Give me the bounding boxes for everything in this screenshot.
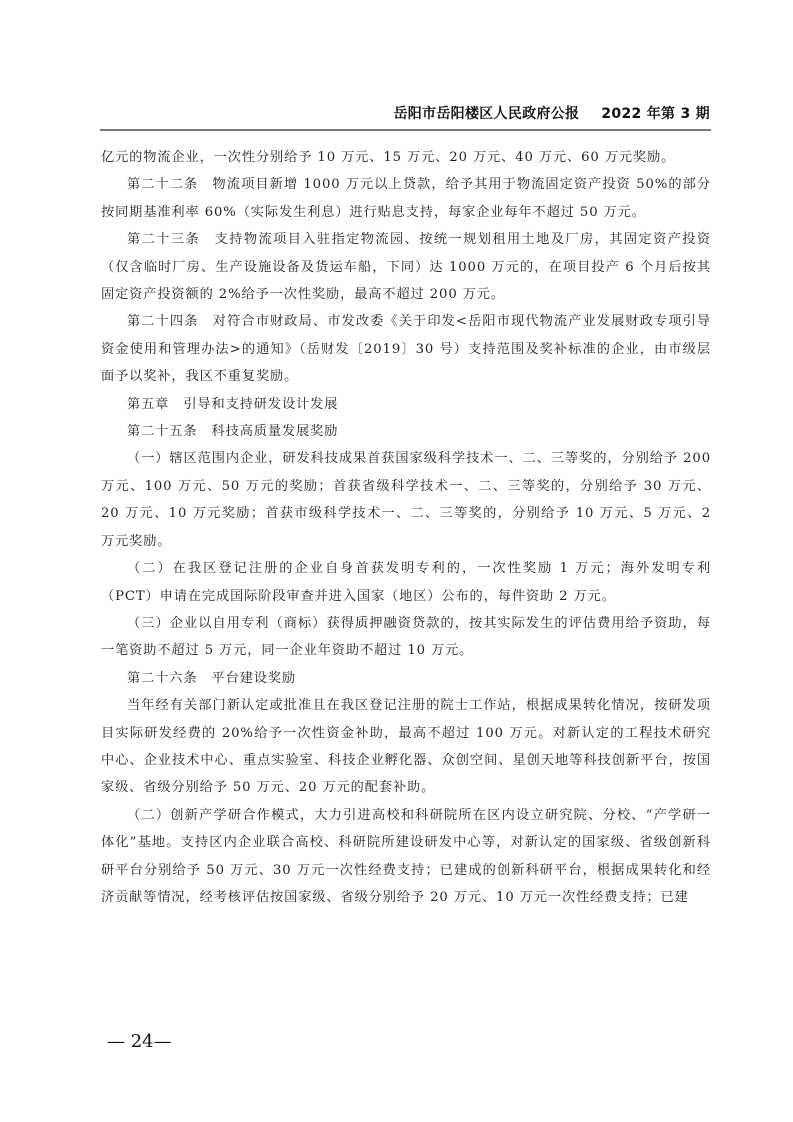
article-22: 第二十二条 物流项目新增 1000 万元以上贷款，给予其用于物流固定资产投资 5… [101,171,711,226]
article-24: 第二十四条 对符合市财政局、市发改委《关于印发<岳阳市现代物流产业发展财政专项引… [101,308,711,390]
article-25-item-2: （二）在我区登记注册的企业自身首获发明专利的，一次性奖励 1 万元；海外发明专利… [101,555,711,610]
article-26-item-1: 当年经有关部门新认定或批准且在我区登记注册的院士工作站，根据成果转化情况，按研发… [101,692,711,802]
issue-number: 2022 年第 3 期 [601,106,710,122]
page-number: — 24— [107,1031,172,1052]
page-header: 岳阳市岳阳楼区人民政府公报2022 年第 3 期 [100,103,710,127]
article-25-item-1: （一）辖区范围内企业，研发科技成果首获国家级科学技术一、二、三等奖的，分别给予 … [101,445,711,555]
article-26-item-2: （二）创新产学研合作模式，大力引进高校和科研院所在区内设立研究院、分校、“产学研… [101,802,711,912]
article-25-heading: 第二十五条 科技高质量发展奖励 [101,418,711,445]
article-23: 第二十三条 支持物流项目入驻指定物流园、按统一规划租用土地及厂房，其固定资产投资… [101,226,711,308]
document-body: 亿元的物流企业，一次性分别给予 10 万元、15 万元、20 万元、40 万元、… [101,144,711,911]
paragraph: 亿元的物流企业，一次性分别给予 10 万元、15 万元、20 万元、40 万元、… [101,144,711,171]
document-page: 岳阳市岳阳楼区人民政府公报2022 年第 3 期 亿元的物流企业，一次性分别给予… [0,0,793,1122]
article-26-heading: 第二十六条 平台建设奖励 [101,665,711,692]
article-25-item-3: （三）企业以自用专利（商标）获得质押融资贷款的，按其实际发生的评估费用给予资助，… [101,610,711,665]
chapter-5-heading: 第五章 引导和支持研发设计发展 [101,391,711,418]
gazette-title: 岳阳市岳阳楼区人民政府公报 [393,106,579,122]
header-divider [100,129,711,131]
